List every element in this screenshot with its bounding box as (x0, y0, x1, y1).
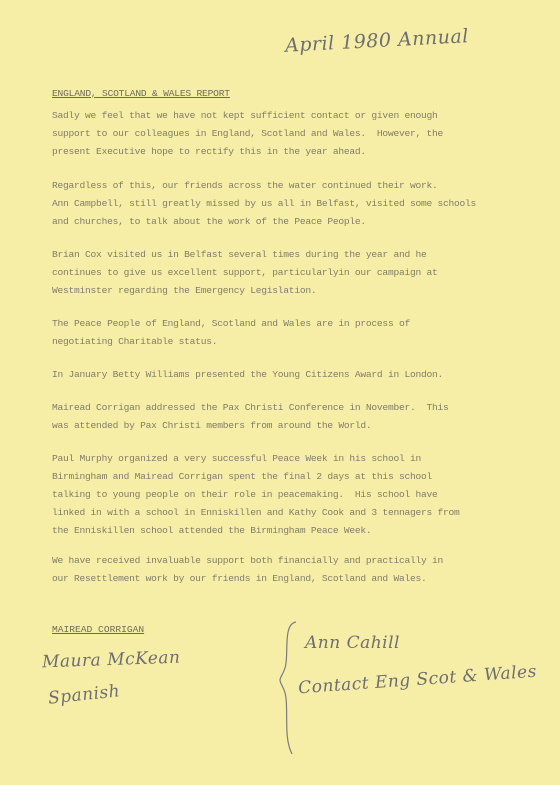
text-line: Westminster regarding the Emergency Legi… (52, 282, 438, 300)
paragraph-brian-cox: Brian Cox visited us in Belfast several … (52, 246, 438, 300)
paragraph-contact: Sadly we feel that we have not kept suff… (52, 107, 443, 161)
handwritten-signature-line-2: Spanish (47, 681, 121, 708)
margin-note-line-1: Ann Cahill (305, 633, 400, 653)
paragraph-young-citizens: In January Betty Williams presented the … (52, 366, 443, 384)
paragraph-charitable-status: The Peace People of England, Scotland an… (52, 315, 410, 351)
handwritten-signature-line-1: Maura McKean (42, 648, 181, 673)
text-line: Paul Murphy organized a very successful … (52, 450, 460, 468)
text-line: Brian Cox visited us in Belfast several … (52, 246, 438, 264)
text-line: Birmingham and Mairead Corrigan spent th… (52, 468, 460, 486)
typed-signature-name: MAIREAD CORRIGAN (52, 624, 144, 635)
text-line: present Executive hope to rectify this i… (52, 143, 443, 161)
handwritten-date-note: April 1980 Annual (285, 25, 470, 57)
text-line: Sadly we feel that we have not kept suff… (52, 107, 443, 125)
text-line: In January Betty Williams presented the … (52, 366, 443, 384)
text-line: support to our colleagues in England, Sc… (52, 125, 443, 143)
paragraph-pax-christi: Mairead Corrigan addressed the Pax Chris… (52, 399, 449, 435)
text-line: negotiating Charitable status. (52, 333, 410, 351)
paragraph-peace-week: Paul Murphy organized a very successful … (52, 450, 460, 540)
text-line: Ann Campbell, still greatly missed by us… (52, 195, 476, 213)
text-line: The Peace People of England, Scotland an… (52, 315, 410, 333)
text-line: the Enniskillen school attended the Birm… (52, 522, 460, 540)
text-line: our Resettlement work by our friends in … (52, 570, 443, 588)
text-line: Mairead Corrigan addressed the Pax Chris… (52, 399, 449, 417)
report-heading: ENGLAND, SCOTLAND & WALES REPORT (52, 88, 230, 99)
text-line: and churches, to talk about the work of … (52, 213, 476, 231)
text-line: was attended by Pax Christi members from… (52, 417, 449, 435)
text-line: We have received invaluable support both… (52, 552, 443, 570)
margin-note-line-2: Contact Eng Scot & Wales (298, 662, 538, 699)
text-line: linked in with a school in Enniskillen a… (52, 504, 460, 522)
text-line: continues to give us excellent support, … (52, 264, 438, 282)
text-line: talking to young people on their role in… (52, 486, 460, 504)
text-line: Regardless of this, our friends across t… (52, 177, 476, 195)
document-page: April 1980 Annual ENGLAND, SCOTLAND & WA… (0, 0, 560, 785)
paragraph-friends: Regardless of this, our friends across t… (52, 177, 476, 231)
paragraph-resettlement: We have received invaluable support both… (52, 552, 443, 588)
